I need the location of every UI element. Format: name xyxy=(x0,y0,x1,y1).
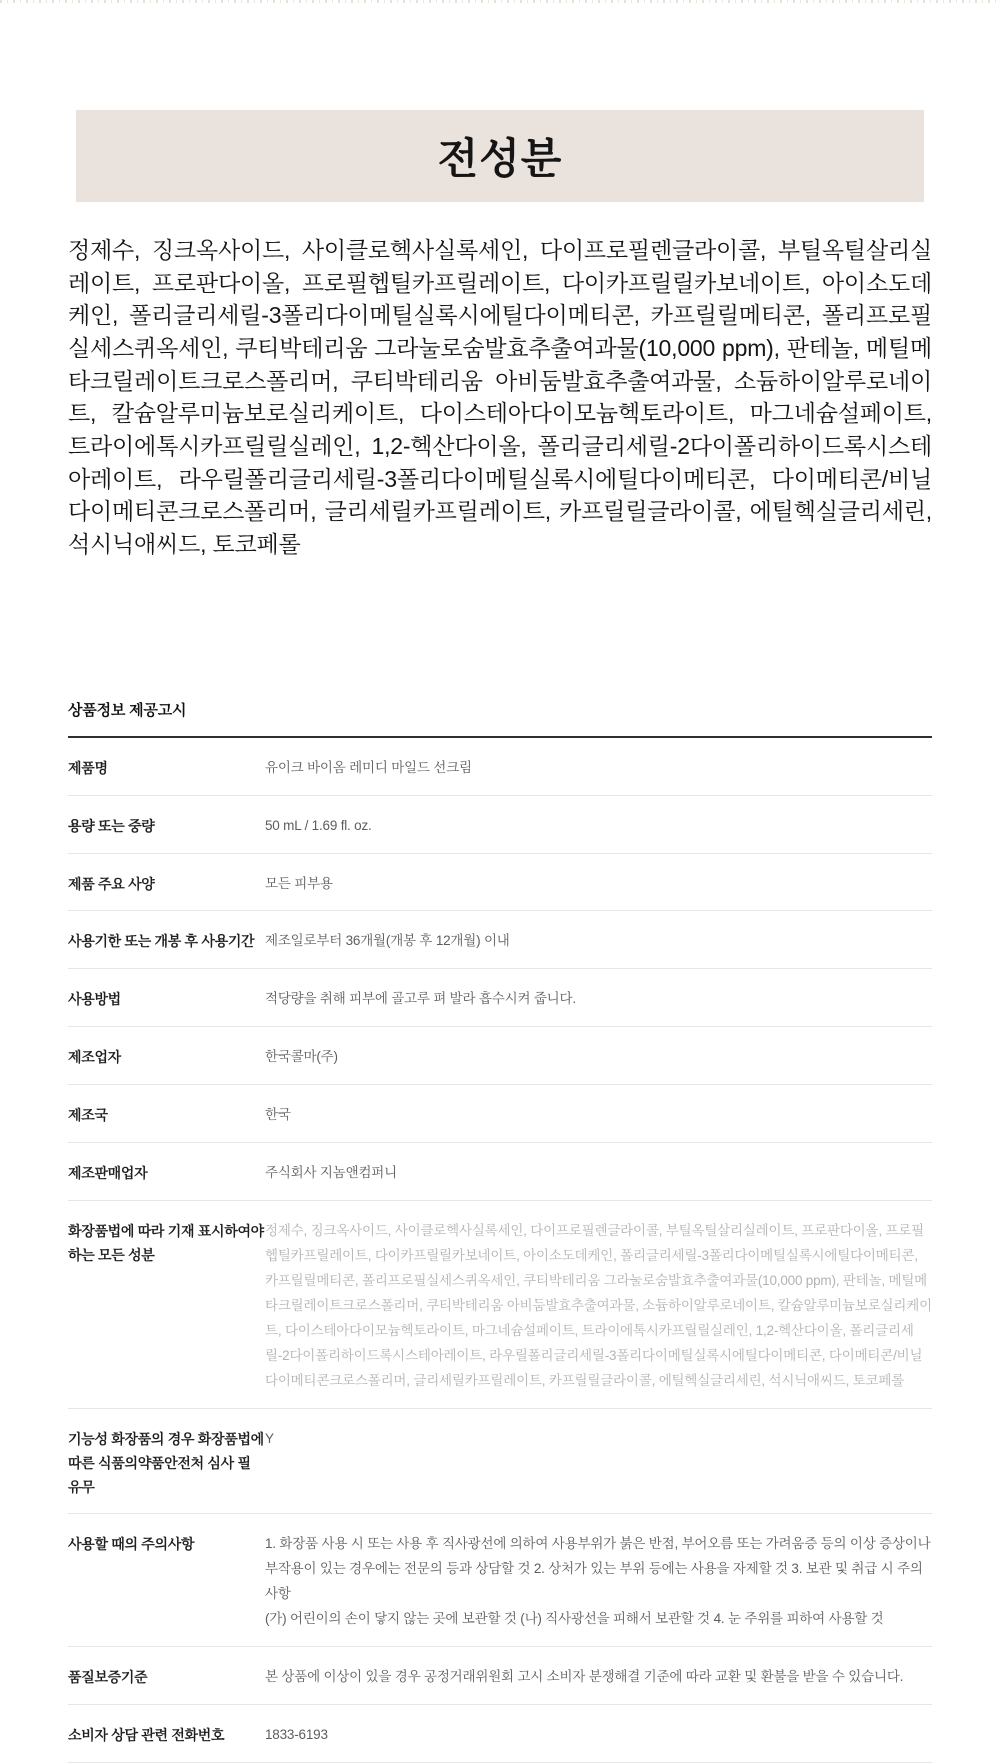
row-label: 사용할 때의 주의사항 xyxy=(68,1528,265,1557)
row-label: 사용방법 xyxy=(68,983,265,1012)
table-row: 제품명유이크 바이옴 레미디 마일드 선크림 xyxy=(68,738,932,796)
table-row: 제조판매업자주식회사 지놈앤컴퍼니 xyxy=(68,1143,932,1201)
row-label: 제조판매업자 xyxy=(68,1157,265,1186)
table-row: 기능성 화장품의 경우 화장품법에 따른 식품의약품안전처 심사 필 유무Y xyxy=(68,1409,932,1514)
row-value: 본 상품에 이상이 있을 경우 공정거래위원회 고시 소비자 분쟁해결 기준에 … xyxy=(265,1661,932,1690)
table-row: 제품 주요 사양모든 피부용 xyxy=(68,854,932,912)
table-row: 제조업자한국콜마(주) xyxy=(68,1027,932,1085)
row-label: 소비자 상담 관련 전화번호 xyxy=(68,1719,265,1748)
table-row: 품질보증기준본 상품에 이상이 있을 경우 공정거래위원회 고시 소비자 분쟁해… xyxy=(68,1647,932,1705)
table-row: 소비자 상담 관련 전화번호1833-6193 xyxy=(68,1705,932,1763)
table-row: 사용할 때의 주의사항1. 화장품 사용 시 또는 사용 후 직사광선에 의하여… xyxy=(68,1514,932,1647)
disclosure-section-title: 상품정보 제공고시 xyxy=(68,699,932,720)
table-row: 사용기한 또는 개봉 후 사용기간제조일로부터 36개월(개봉 후 12개월) … xyxy=(68,911,932,969)
row-value: 주식회사 지놈앤컴퍼니 xyxy=(265,1157,932,1186)
row-label: 사용기한 또는 개봉 후 사용기간 xyxy=(68,925,265,954)
row-label: 제품 주요 사양 xyxy=(68,868,265,897)
row-value: Y xyxy=(265,1423,932,1452)
row-value: 유이크 바이옴 레미디 마일드 선크림 xyxy=(265,752,932,781)
ingredients-banner-title: 전성분 xyxy=(438,126,563,186)
row-label: 품질보증기준 xyxy=(68,1661,265,1690)
row-label: 기능성 화장품의 경우 화장품법에 따른 식품의약품안전처 심사 필 유무 xyxy=(68,1423,265,1499)
table-row: 용량 또는 중량50 mL / 1.69 fl. oz. xyxy=(68,796,932,854)
table-row: 화장품법에 따라 기재 표시하여야 하는 모든 성분정제수, 징크옥사이드, 사… xyxy=(68,1201,932,1409)
ingredients-paragraph: 정제수, 징크옥사이드, 사이클로헥사실록세인, 다이프로필렌글라이콜, 부틸옥… xyxy=(68,234,932,561)
disclosure-table: 제품명유이크 바이옴 레미디 마일드 선크림용량 또는 중량50 mL / 1.… xyxy=(68,736,932,1763)
ingredients-banner: 전성분 xyxy=(76,110,924,202)
row-label: 제조국 xyxy=(68,1099,265,1128)
row-label: 화장품법에 따라 기재 표시하여야 하는 모든 성분 xyxy=(68,1215,265,1268)
row-value: 50 mL / 1.69 fl. oz. xyxy=(265,810,932,839)
row-value: 1. 화장품 사용 시 또는 사용 후 직사광선에 의하여 사용부위가 붉은 반… xyxy=(265,1528,932,1632)
top-speckle-divider xyxy=(0,0,1000,3)
row-value: 정제수, 징크옥사이드, 사이클로헥사실록세인, 다이프로필렌글라이콜, 부틸옥… xyxy=(265,1215,932,1394)
row-value: 한국콜마(주) xyxy=(265,1041,932,1070)
row-label: 용량 또는 중량 xyxy=(68,810,265,839)
row-value: 한국 xyxy=(265,1099,932,1128)
page-content: 전성분 정제수, 징크옥사이드, 사이클로헥사실록세인, 다이프로필렌글라이콜,… xyxy=(0,110,1000,1763)
table-row: 제조국한국 xyxy=(68,1085,932,1143)
row-value: 모든 피부용 xyxy=(265,868,932,897)
row-label: 제품명 xyxy=(68,752,265,781)
table-row: 사용방법적당량을 취해 피부에 골고루 펴 발라 흡수시켜 줍니다. xyxy=(68,969,932,1027)
row-value: 제조일로부터 36개월(개봉 후 12개월) 이내 xyxy=(265,925,932,954)
row-value: 1833-6193 xyxy=(265,1719,932,1748)
row-label: 제조업자 xyxy=(68,1041,265,1070)
row-value: 적당량을 취해 피부에 골고루 펴 발라 흡수시켜 줍니다. xyxy=(265,983,932,1012)
